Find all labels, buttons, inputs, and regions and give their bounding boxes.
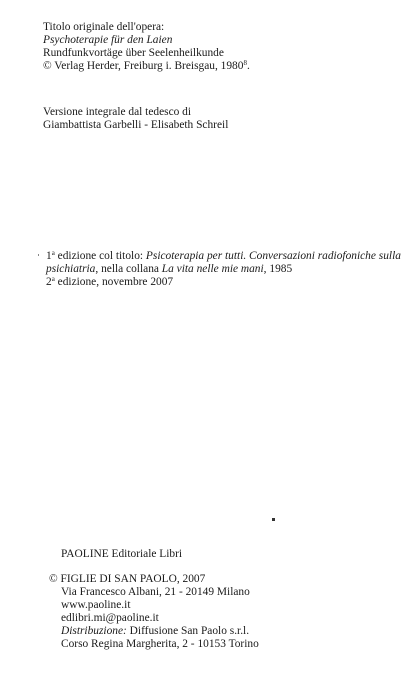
- first-edition-line2: psichiatria, nella collana La vita nelle…: [46, 263, 401, 276]
- original-title: Psychoterapie für den Laien: [43, 34, 250, 47]
- editions-block: 1a edizione col titolo: Psicoterapia per…: [46, 250, 401, 289]
- second-edition-text: edizione, novembre 2007: [55, 276, 173, 288]
- first-edition-text: edizione col titolo:: [55, 250, 146, 262]
- publisher-copyright: © FIGLIE DI SAN PAOLO, 2007: [49, 573, 259, 586]
- distribution-address: Corso Regina Margherita, 2 - 10153 Torin…: [49, 638, 259, 651]
- publisher-address: Via Francesco Albani, 21 - 20149 Milano: [49, 586, 259, 599]
- series-prefix: , nella collana: [95, 263, 161, 275]
- scan-speck: [38, 254, 39, 256]
- original-subtitle: Rundfunkvortäge über Seelenheilkunde: [43, 47, 250, 60]
- publisher-name-text: PAOLINE Editoriale Libri: [61, 548, 182, 561]
- distribution-line: Distribuzione: Diffusione San Paolo s.r.…: [49, 625, 259, 638]
- copyright-text: © Verlag Herder, Freiburg i. Breisgau, 1…: [43, 60, 243, 72]
- publisher-block: © FIGLIE DI SAN PAOLO, 2007 Via Francesc…: [49, 573, 259, 651]
- copyright-period: .: [247, 60, 250, 72]
- first-edition-year: , 1985: [264, 263, 292, 275]
- publisher-website: www.paoline.it: [49, 599, 259, 612]
- translation-label: Versione integrale dal tedesco di: [43, 106, 228, 119]
- publisher-email: edlibri.mi@paoline.it: [49, 612, 259, 625]
- translation-block: Versione integrale dal tedesco di Giamba…: [43, 106, 228, 132]
- translators: Giambattista Garbelli - Elisabeth Schrei…: [43, 119, 228, 132]
- series-name: La vita nelle mie mani: [162, 263, 264, 275]
- original-title-block: Titolo originale dell'opera: Psychoterap…: [43, 21, 250, 73]
- first-edition-title: Psicoterapia per tutti. Conversazioni ra…: [146, 250, 401, 262]
- original-title-label: Titolo originale dell'opera:: [43, 21, 250, 34]
- second-edition: 2a edizione, novembre 2007: [46, 276, 401, 289]
- original-copyright: © Verlag Herder, Freiburg i. Breisgau, 1…: [43, 60, 250, 73]
- distribution-label: Distribuzione:: [61, 625, 127, 637]
- scan-speck: [272, 518, 275, 521]
- first-edition-line1: 1a edizione col titolo: Psicoterapia per…: [46, 250, 401, 263]
- distribution-name: Diffusione San Paolo s.r.l.: [127, 625, 249, 637]
- first-edition-title-cont: psichiatria: [46, 263, 95, 275]
- publisher-name: PAOLINE Editoriale Libri: [61, 548, 182, 561]
